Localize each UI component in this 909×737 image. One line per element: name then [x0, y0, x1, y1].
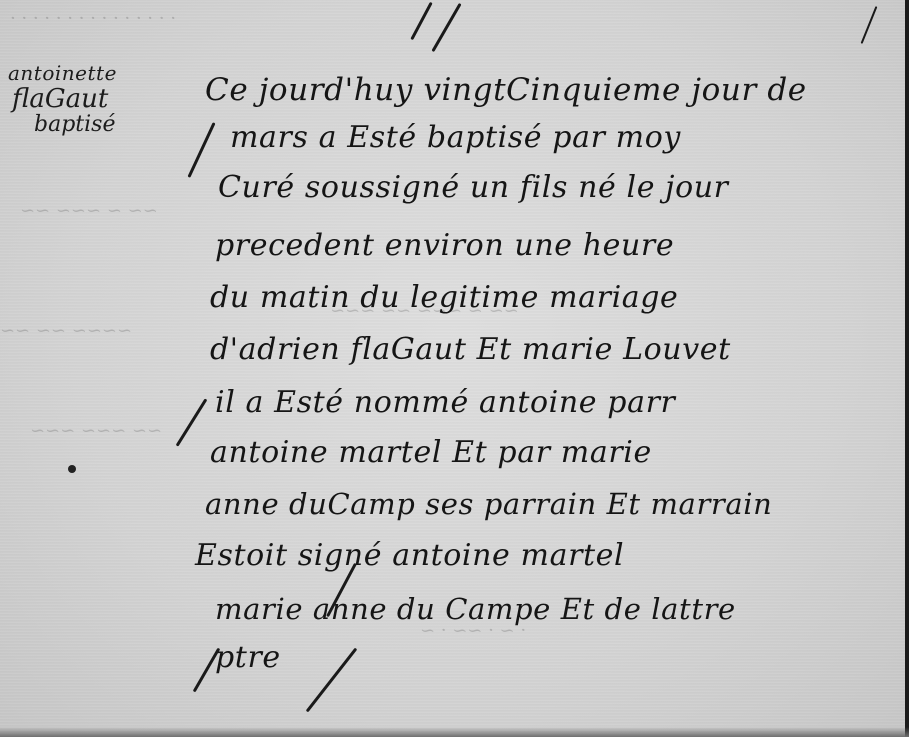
entry-line-6: d'adrien flaGaut Et marie Louvet [210, 332, 731, 367]
entry-line-5: du matin du legitime mariage [210, 280, 678, 315]
register-page: · · · · · · · · · · · · · · · ~~ ~ ~~~ ~… [0, 0, 909, 737]
entry-line-12: ptre [215, 640, 281, 675]
baptism-entry: Ce jourd'huy vingtCinquieme jour de mars… [0, 0, 909, 737]
entry-line-10: Estoit signé antoine martel [195, 538, 624, 573]
entry-line-1: Ce jourd'huy vingtCinquieme jour de [205, 72, 807, 108]
entry-line-9: anne duCamp ses parrain Et marrain [205, 487, 772, 521]
entry-line-7: il a Esté nommé antoine parr [215, 385, 675, 420]
entry-line-3: Curé soussigné un fils né le jour [218, 170, 729, 205]
entry-line-4: precedent environ une heure [215, 228, 674, 263]
page-edge-bottom [0, 727, 909, 737]
entry-line-11: marie anne du Campe Et de lattre [215, 592, 736, 626]
entry-line-2: mars a Esté baptisé par moy [230, 120, 681, 155]
entry-line-8: antoine martel Et par marie [210, 435, 652, 470]
page-edge [905, 0, 909, 737]
